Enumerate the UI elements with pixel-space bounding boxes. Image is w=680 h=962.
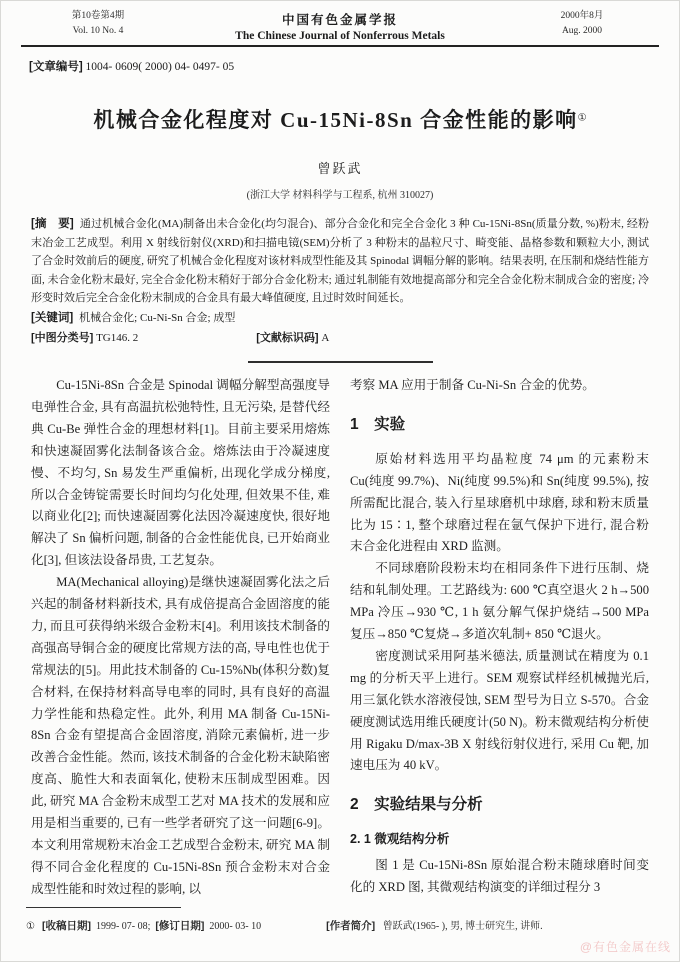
right-column: 考察 MA 应用于制备 Cu-Ni-Sn 合金的优势。 1 实验 原始材料选用平… (350, 375, 649, 895)
section-heading-results: 2 实验结果与分析 (350, 794, 649, 816)
classification-row: [中图分类号] TG146. 2 [文献标识码] A (31, 329, 649, 348)
date-cn: 2000年8月 (507, 10, 657, 23)
footnote-marker: ① (26, 921, 35, 932)
abstract-text: 通过机械合金化(MA)制备出未合金化(均匀混合)、部分合金化和完全合金化 3 种… (31, 218, 649, 304)
date-en: Aug. 2000 (507, 25, 657, 38)
left-column: Cu-15Ni-8Sn 合金是 Spinodal 调幅分解型高强度导电弹性合金,… (31, 375, 330, 895)
author-bio-label: [作者简介] (326, 920, 375, 932)
title-row: 机械合金化程度对 Cu-15Ni-8Sn 合金性能的影响① (1, 104, 679, 134)
clc-label: [中图分类号] (31, 332, 93, 344)
article-number-label: [文章编号] (29, 61, 83, 73)
doc-code-group: [文献标识码] A (256, 329, 329, 348)
paper-page: 第10卷第4期 Vol. 10 No. 4 中国有色金属学报 The Chine… (0, 0, 680, 962)
date-info: 2000年8月 Aug. 2000 (507, 10, 657, 38)
abstract-label: [摘 要] (31, 218, 74, 230)
revised-date-label: [修订日期] (155, 918, 204, 933)
author-bio-group: [作者简介] 曾跃武(1965- ), 男, 博士研究生, 讲师. (326, 917, 548, 933)
revised-date-value: 2000- 03- 10 (209, 921, 261, 932)
article-number-value: 1004- 0609( 2000) 04- 0497- 05 (86, 61, 235, 73)
paper-title: 机械合金化程度对 Cu-15Ni-8Sn 合金性能的影响 (93, 108, 577, 132)
author-bio-value: 曾跃武(1965- ), 男, 博士研究生, 讲师. (383, 921, 543, 932)
subsection-heading-microstructure: 2. 1 微观结构分析 (350, 829, 649, 851)
intro-paragraph-1: Cu-15Ni-8Sn 合金是 Spinodal 调幅分解型高强度导电弹性合金,… (31, 375, 330, 572)
experiment-paragraph-1: 原始材料选用平均晶粒度 74 μm 的元素粉末 Cu(纯度 99.7%)、Ni(… (350, 449, 649, 559)
keywords-text: 机械合金化; Cu-Ni-Sn 合金; 成型 (79, 312, 235, 324)
received-date-label: [收稿日期] (42, 918, 91, 933)
keywords-label: [关键词] (31, 312, 73, 324)
journal-title-block: 中国有色金属学报 The Chinese Journal of Nonferro… (173, 10, 507, 42)
footnote-divider (26, 907, 181, 909)
title-footnote-marker: ① (578, 113, 587, 124)
issue-cn: 第10卷第4期 (23, 10, 173, 23)
experiment-paragraph-2: 不同球磨阶段粉末均在相同条件下进行压制、烧结和轧制处理。工艺路线为: 600 ℃… (350, 558, 649, 646)
journal-title-en: The Chinese Journal of Nonferrous Metals (173, 30, 507, 42)
article-number-row: [文章编号] 1004- 0609( 2000) 04- 0497- 05 (1, 47, 679, 74)
footnote-block: ① [收稿日期] 1999- 07- 08; [修订日期] 2000- 03- … (26, 907, 654, 934)
site-watermark: @有色金属在线 (580, 938, 671, 955)
keywords-row: [关键词]机械合金化; Cu-Ni-Sn 合金; 成型 (31, 309, 649, 328)
body-columns: Cu-15Ni-8Sn 合金是 Spinodal 调幅分解型高强度导电弹性合金,… (1, 363, 679, 895)
results-paragraph-1: 图 1 是 Cu-15Ni-8Sn 原始混合粉末随球磨时间变化的 XRD 图, … (350, 855, 649, 895)
intro-continuation: 考察 MA 应用于制备 Cu-Ni-Sn 合金的优势。 (350, 375, 649, 397)
footnote-line: ① [收稿日期] 1999- 07- 08; [修订日期] 2000- 03- … (26, 917, 654, 933)
section-heading-experiment: 1 实验 (350, 414, 649, 436)
journal-title-cn: 中国有色金属学报 (173, 10, 507, 28)
experiment-paragraph-3: 密度测试采用阿基米德法, 质量测试在精度为 0.1 mg 的分析天平上进行。SE… (350, 646, 649, 777)
doc-code-value: A (321, 332, 329, 344)
abstract-block: [摘 要]通过机械合金化(MA)制备出未合金化(均匀混合)、部分合金化和完全合金… (31, 215, 649, 308)
affiliation: (浙江大学 材料科学与工程系, 杭州 310027) (1, 186, 679, 201)
clc-value: TG146. 2 (96, 332, 138, 344)
doc-code-label: [文献标识码] (256, 332, 318, 344)
journal-header: 第10卷第4期 Vol. 10 No. 4 中国有色金属学报 The Chine… (1, 1, 679, 42)
intro-paragraph-2: MA(Mechanical alloying)是继快速凝固雾化法之后兴起的制备材… (31, 572, 330, 895)
issue-en: Vol. 10 No. 4 (23, 25, 173, 38)
issue-info: 第10卷第4期 Vol. 10 No. 4 (23, 10, 173, 38)
received-date-value: 1999- 07- 08; (96, 921, 150, 932)
author-name: 曾跃武 (1, 158, 679, 177)
clc-group: [中图分类号] TG146. 2 (31, 329, 138, 348)
